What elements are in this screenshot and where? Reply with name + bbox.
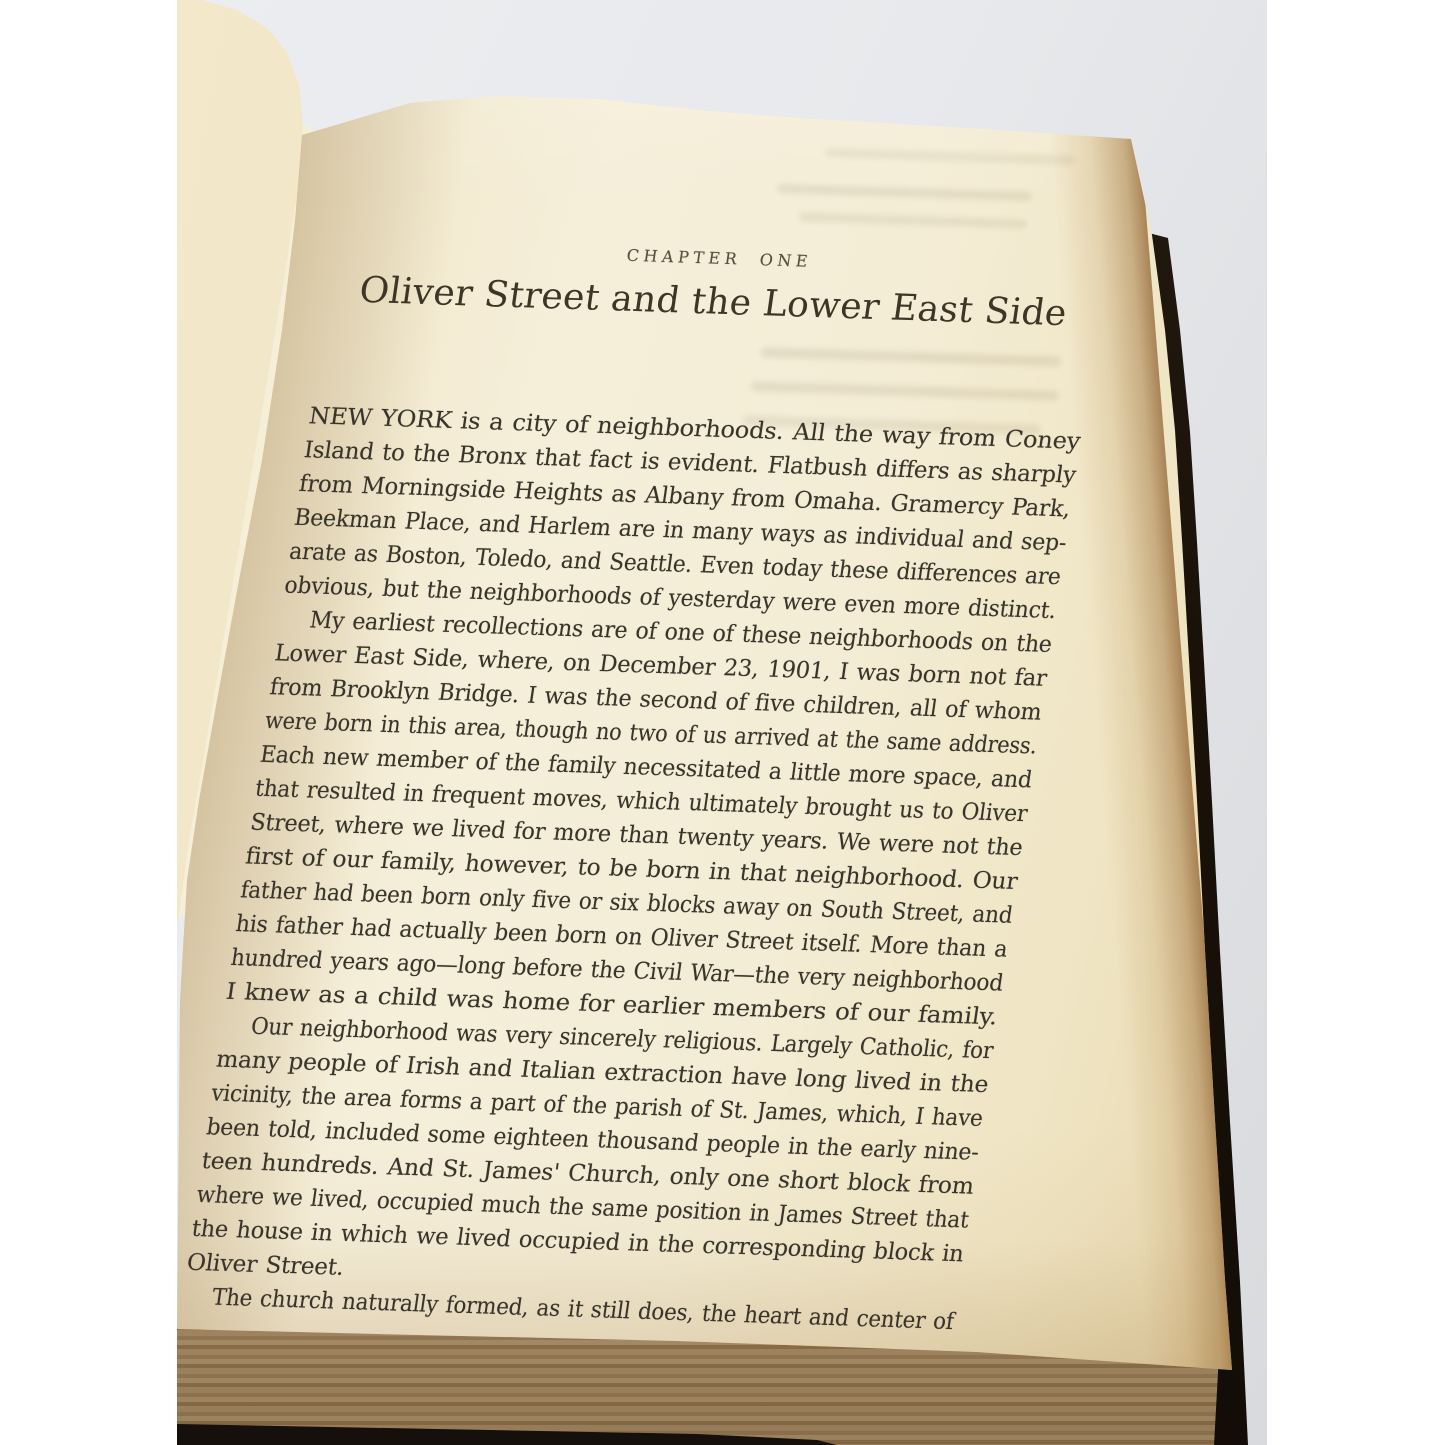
right-page: CHAPTER ONE Oliver Street and the Lower …: [177, 0, 1267, 1445]
page-content: CHAPTER ONE Oliver Street and the Lower …: [180, 236, 1107, 1339]
paragraph: Our neighborhood was very sincerely reli…: [185, 1009, 996, 1305]
text-line: Oliver Street.: [185, 1246, 347, 1285]
book-photo: CHAPTER ONE Oliver Street and the Lower …: [177, 0, 1267, 1445]
chapter-title: Oliver Street and the Lower East Side: [324, 269, 1101, 335]
book-photo-canvas: { "page": { "chapter_label": "CHAPTER ON…: [0, 0, 1445, 1445]
paragraph: My earliest recollections are of one of …: [224, 602, 1054, 1034]
body-text: NEW YORK is a city of neighborhoods. All…: [180, 399, 1083, 1339]
paragraph: NEW YORK is a city of neighborhoods. All…: [282, 399, 1083, 628]
